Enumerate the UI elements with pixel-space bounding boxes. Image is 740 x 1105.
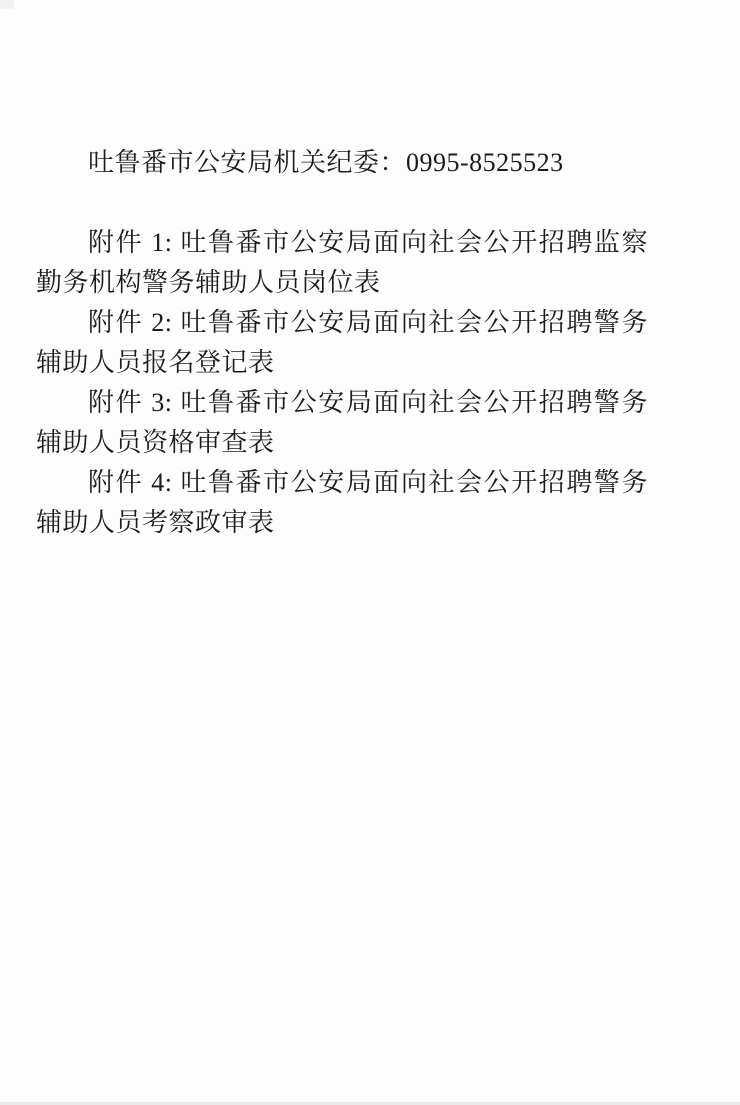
attachment-item-3: 附件 3: 吐鲁番市公安局面向社会公开招聘警务辅助人员资格审查表 (36, 383, 648, 463)
attachment-item-1: 附件 1: 吐鲁番市公安局面向社会公开招聘监察勤务机构警务辅助人员岗位表 (36, 223, 648, 303)
attachment-4-label: 附件 4: (88, 468, 172, 497)
attachment-item-4: 附件 4: 吐鲁番市公安局面向社会公开招聘警务辅助人员考察政审表 (36, 463, 648, 543)
attachment-2-label: 附件 2: (88, 308, 172, 337)
contact-label: 吐鲁番市公安局机关纪委： (88, 148, 406, 177)
document-page: 吐鲁番市公安局机关纪委：0995-8525523 附件 1: 吐鲁番市公安局面向… (0, 0, 740, 1105)
scan-corner-artifact (0, 0, 14, 9)
attachment-3-label: 附件 3: (88, 388, 172, 417)
contact-line: 吐鲁番市公安局机关纪委：0995-8525523 (36, 143, 648, 183)
contact-phone: 0995-8525523 (406, 148, 564, 177)
attachment-item-2: 附件 2: 吐鲁番市公安局面向社会公开招聘警务辅助人员报名登记表 (36, 303, 648, 383)
attachment-list: 附件 1: 吐鲁番市公安局面向社会公开招聘监察勤务机构警务辅助人员岗位表 附件 … (36, 223, 648, 543)
attachment-1-label: 附件 1: (88, 228, 172, 257)
document-body: 吐鲁番市公安局机关纪委：0995-8525523 附件 1: 吐鲁番市公安局面向… (36, 143, 648, 543)
